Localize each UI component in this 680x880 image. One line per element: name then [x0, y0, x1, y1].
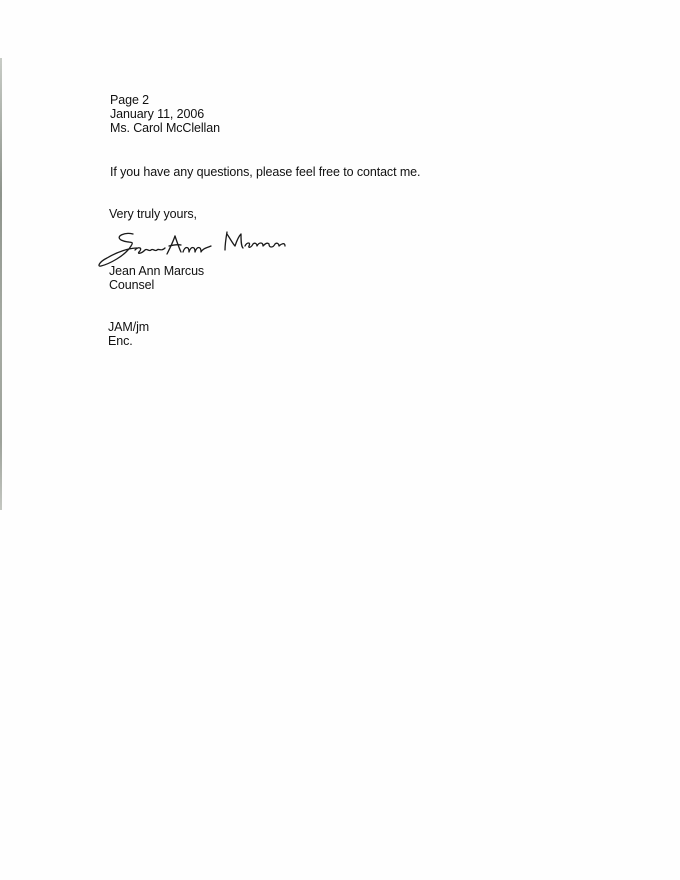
signer-title: Counsel [109, 278, 154, 292]
closing-salutation: Very truly yours, [109, 207, 197, 221]
page-number: Page 2 [110, 93, 149, 107]
letter-date: January 11, 2006 [110, 107, 204, 121]
body-paragraph: If you have any questions, please feel f… [110, 165, 420, 179]
signer-name: Jean Ann Marcus [109, 264, 204, 278]
letter-page: Page 2 January 11, 2006 Ms. Carol McClel… [0, 0, 680, 880]
typist-initials: JAM/jm [108, 320, 149, 334]
scan-edge-artifact [0, 58, 2, 510]
enclosure-notation: Enc. [108, 334, 133, 348]
recipient-name: Ms. Carol McClellan [110, 121, 220, 135]
